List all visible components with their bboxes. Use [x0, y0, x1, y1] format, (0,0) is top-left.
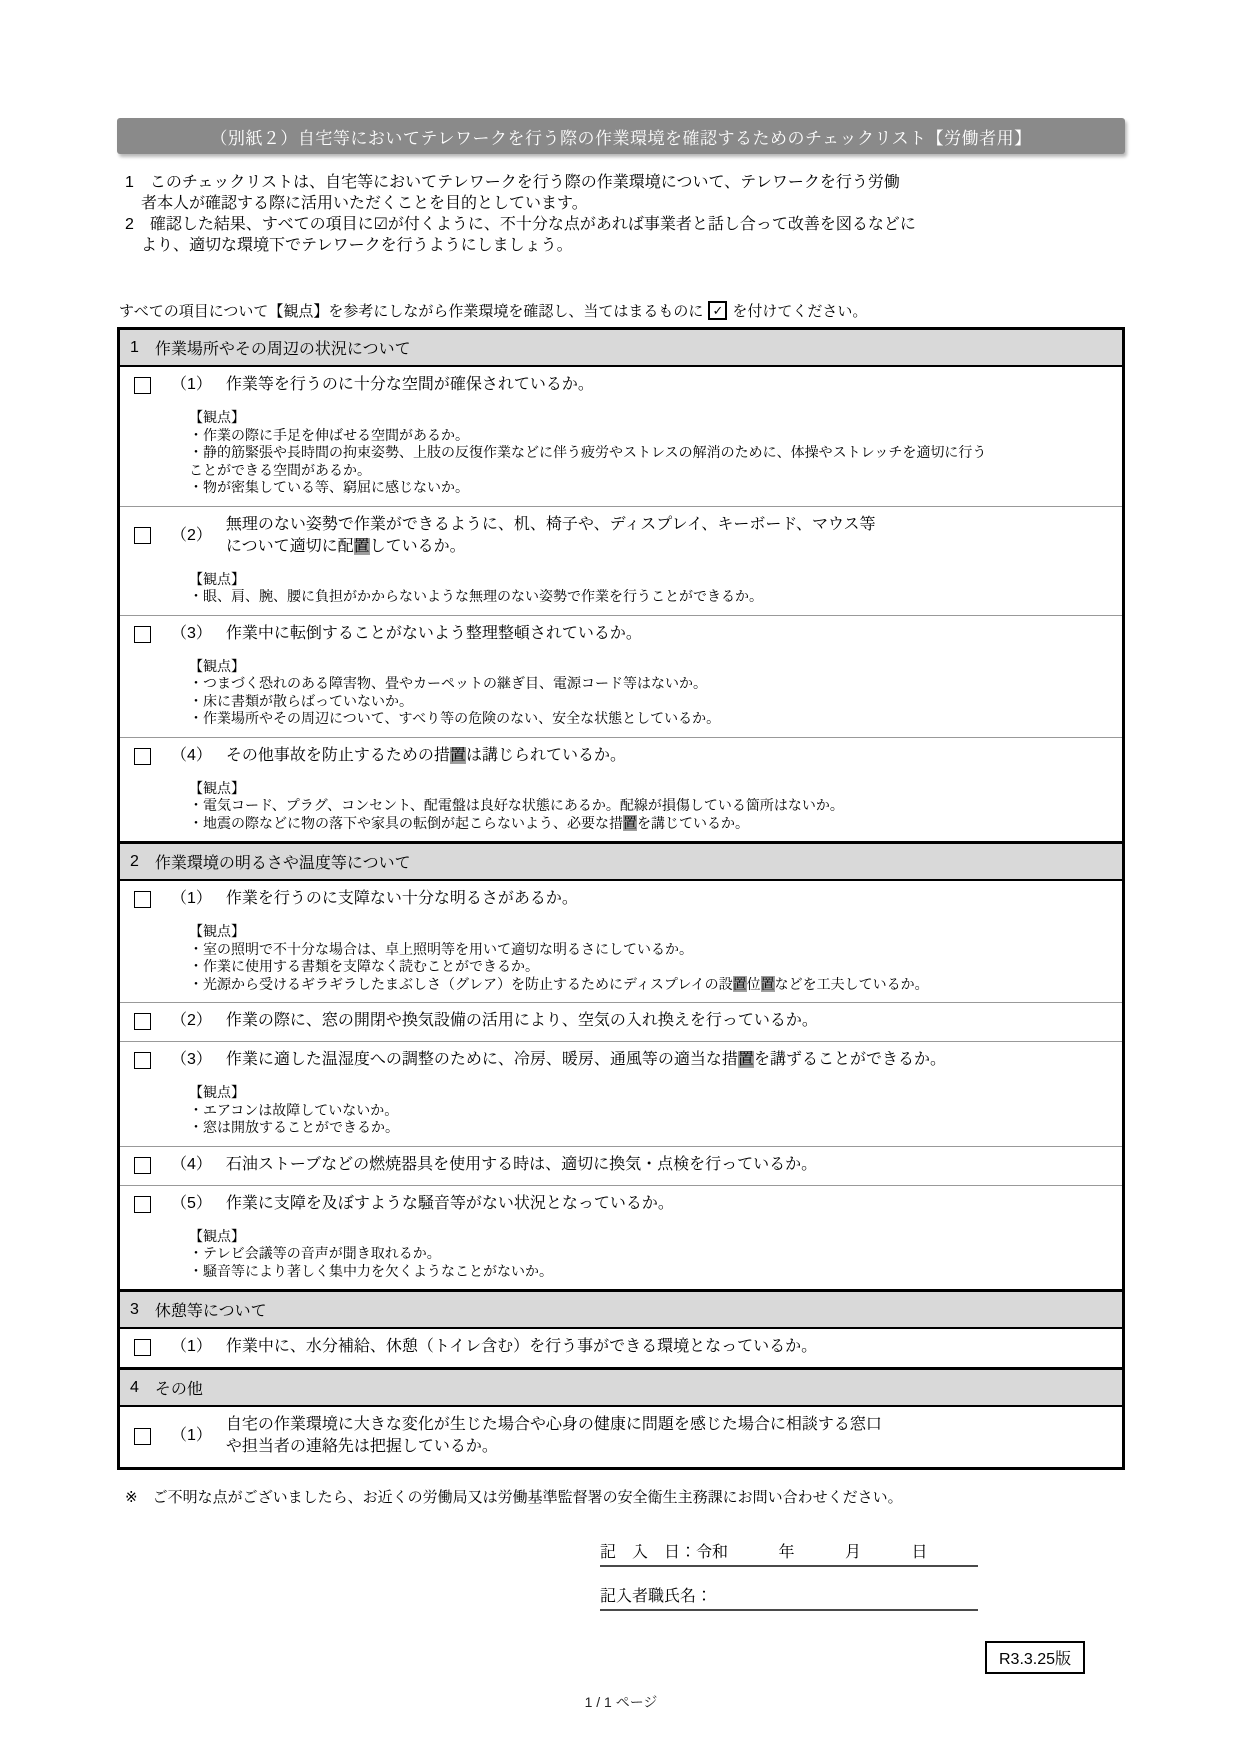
item-head: （5）作業に支障を及ぼすような騒音等がない状況となっているか。	[132, 1193, 1122, 1215]
checklist-item-row: （4）石油ストーブなどの燃焼器具を使用する時は、適切に換気・点検を行っているか。	[120, 1146, 1122, 1185]
intro-line: 1 このチェックリストは、自宅等においてテレワークを行う際の作業環境について、テ…	[125, 172, 1125, 193]
item-head: （2）作業の際に、窓の開閉や換気設備の活用により、空気の入れ換えを行っているか。	[132, 1010, 1122, 1032]
viewpoints-label: 【観点】	[189, 1228, 1122, 1246]
viewpoints-block: 【観点】・エアコンは故障していないか。・窓は開放することができるか。	[189, 1084, 1122, 1137]
viewpoints-block: 【観点】・室の照明で不十分な場合は、卓上照明等を用いて適切な明るさにしているか。…	[189, 923, 1122, 993]
section-number: 4	[130, 1379, 139, 1397]
item-number-label: （1）	[171, 374, 212, 396]
viewpoints-label: 【観点】	[189, 923, 1122, 941]
intro-line: 者本人が確認する際に活用いただくことを目的としています。	[125, 193, 1125, 214]
viewpoint-item: ・床に書類が散らばっていないか。	[189, 693, 1122, 711]
viewpoint-item: ・エアコンは故障していないか。	[189, 1102, 1122, 1120]
item-checkbox[interactable]	[134, 1013, 151, 1030]
item-head: （1）作業中に、水分補給、休憩（トイレ含む）を行う事ができる環境となっているか。	[132, 1336, 1122, 1358]
viewpoint-item: ・つまづく恐れのある障害物、畳やカーペットの継ぎ目、電源コード等はないか。	[189, 675, 1122, 693]
item-checkbox[interactable]	[134, 1339, 151, 1356]
item-number-label: （3）	[171, 1049, 212, 1071]
item-number-label: （4）	[171, 745, 212, 767]
document-page: { "banner": { "title": "（別紙２）自宅等においてテレワー…	[0, 0, 1241, 1755]
checked-checkbox-icon: ✓	[708, 301, 727, 320]
footer-note: ※ ご不明な点がございましたら、お近くの労働局又は労働基準監督署の安全衛生主務課…	[125, 1486, 1125, 1507]
item-question-text: 作業に適した温湿度への調整のために、冷房、暖房、通風等の適当な措置を講ずることが…	[226, 1049, 946, 1071]
item-question-text: 自宅の作業環境に大きな変化が生じた場合や心身の健康に問題を感じた場合に相談する窓…	[226, 1414, 882, 1458]
item-question-text: 作業に支障を及ぼすような騒音等がない状況となっているか。	[226, 1193, 674, 1215]
item-head: （1）作業を行うのに支障ない十分な明るさがあるか。	[132, 888, 1122, 910]
item-head: （3）作業に適した温湿度への調整のために、冷房、暖房、通風等の適当な措置を講ずる…	[132, 1049, 1122, 1071]
title-banner: （別紙２）自宅等においてテレワークを行う際の作業環境を確認するためのチェックリス…	[117, 118, 1125, 154]
item-checkbox[interactable]	[134, 1428, 151, 1445]
item-question-text: 無理のない姿勢で作業ができるように、机、椅子や、ディスプレイ、キーボード、マウス…	[226, 514, 876, 558]
viewpoint-item: ・電気コード、プラグ、コンセント、配電盤は良好な状態にあるか。配線が損傷している…	[189, 797, 1122, 815]
viewpoint-item: ・地震の際などに物の落下や家具の転倒が起こらないよう、必要な措置を講じているか。	[189, 815, 1122, 833]
intro-line: より、適切な環境下でテレワークを行うようにしましょう。	[125, 235, 1125, 256]
checklist-item-row: （3）作業中に転倒することがないよう整理整頓されているか。【観点】・つまづく恐れ…	[120, 615, 1122, 737]
intro-line: 2 確認した結果、すべての項目に☑が付くように、不十分な点があれば事業者と話し合…	[125, 214, 1125, 235]
viewpoints-block: 【観点】・眼、肩、腕、腰に負担がかからないような無理のない姿勢で作業を行うことが…	[189, 571, 1122, 606]
item-number-label: （1）	[171, 888, 212, 910]
viewpoint-item: ・物が密集している等、窮屈に感じないか。	[189, 479, 1122, 497]
viewpoint-item: ・作業に使用する書類を支障なく読むことができるか。	[189, 958, 1122, 976]
item-checkbox[interactable]	[134, 1052, 151, 1069]
viewpoint-item: ・眼、肩、腕、腰に負担がかからないような無理のない姿勢で作業を行うことができるか…	[189, 588, 1122, 606]
checklist-item-row: （2）無理のない姿勢で作業ができるように、机、椅子や、ディスプレイ、キーボード、…	[120, 506, 1122, 615]
viewpoints-block: 【観点】・つまづく恐れのある障害物、畳やカーペットの継ぎ目、電源コード等はないか…	[189, 658, 1122, 728]
item-number-label: （1）	[171, 1425, 212, 1447]
entered-by-label: 記入者職氏名：	[600, 1583, 712, 1606]
item-head: （2）無理のない姿勢で作業ができるように、机、椅子や、ディスプレイ、キーボード、…	[132, 514, 1122, 558]
section-header-4: 4その他	[120, 1367, 1122, 1407]
checklist-item-row: （4）その他事故を防止するための措置は講じられているか。【観点】・電気コード、プ…	[120, 737, 1122, 842]
item-question-text: 作業中に転倒することがないよう整理整頓されているか。	[226, 623, 642, 645]
item-question-text: 作業の際に、窓の開閉や換気設備の活用により、空気の入れ換えを行っているか。	[226, 1010, 818, 1032]
item-number-label: （3）	[171, 623, 212, 645]
entry-date-label: 記 入 日：令和	[600, 1539, 728, 1562]
viewpoints-label: 【観点】	[189, 658, 1122, 676]
check-mark: ✓	[712, 304, 723, 317]
item-question-text: 作業中に、水分補給、休憩（トイレ含む）を行う事ができる環境となっているか。	[226, 1336, 817, 1358]
viewpoint-item: ・作業の際に手足を伸ばせる空間があるか。	[189, 427, 1122, 445]
section-number: 1	[130, 339, 139, 357]
instruction-post-text: を付けてください。	[732, 300, 867, 321]
section-title: 休憩等について	[155, 1298, 267, 1321]
date-unit-month: 月	[845, 1539, 861, 1562]
item-checkbox[interactable]	[134, 748, 151, 765]
checklist-item-row: （1）作業を行うのに支障ない十分な明るさがあるか。【観点】・室の照明で不十分な場…	[120, 881, 1122, 1002]
viewpoints-block: 【観点】・作業の際に手足を伸ばせる空間があるか。・静的筋緊張や長時間の拘束姿勢、…	[189, 409, 1122, 497]
viewpoints-label: 【観点】	[189, 780, 1122, 798]
section-title: 作業環境の明るさや温度等について	[155, 850, 411, 873]
section-number: 2	[130, 853, 139, 871]
item-number-label: （5）	[171, 1193, 212, 1215]
viewpoints-label: 【観点】	[189, 1084, 1122, 1102]
date-unit-year: 年	[779, 1539, 795, 1562]
section-header-2: 2作業環境の明るさや温度等について	[120, 841, 1122, 881]
section-header-1: 1作業場所やその周辺の状況について	[120, 330, 1122, 367]
item-question-text: 作業を行うのに支障ない十分な明るさがあるか。	[226, 888, 578, 910]
item-head: （4）その他事故を防止するための措置は講じられているか。	[132, 745, 1122, 767]
item-question-text: 石油ストーブなどの燃焼器具を使用する時は、適切に換気・点検を行っているか。	[226, 1154, 817, 1176]
entry-date-field: 記 入 日：令和 年 月 日	[600, 1539, 978, 1567]
item-checkbox[interactable]	[134, 891, 151, 908]
viewpoints-block: 【観点】・テレビ会議等の音声が聞き取れるか。・騒音等により著しく集中力を欠くよう…	[189, 1228, 1122, 1281]
item-number-label: （4）	[171, 1154, 212, 1176]
viewpoints-label: 【観点】	[189, 409, 1122, 427]
checklist-item-row: （3）作業に適した温湿度への調整のために、冷房、暖房、通風等の適当な措置を講ずる…	[120, 1041, 1122, 1146]
section-title: その他	[155, 1376, 203, 1399]
checklist-item-row: （1）作業等を行うのに十分な空間が確保されているか。【観点】・作業の際に手足を伸…	[120, 367, 1122, 506]
checklist-item-row: （1）自宅の作業環境に大きな変化が生じた場合や心身の健康に問題を感じた場合に相談…	[120, 1407, 1122, 1467]
section-title: 作業場所やその周辺の状況について	[155, 336, 411, 359]
viewpoints-block: 【観点】・電気コード、プラグ、コンセント、配電盤は良好な状態にあるか。配線が損傷…	[189, 780, 1122, 833]
viewpoint-item: ・静的筋緊張や長時間の拘束姿勢、上肢の反復作業などに伴う疲労やストレスの解消のた…	[189, 444, 1122, 479]
document-title: （別紙２）自宅等においてテレワークを行う際の作業環境を確認するためのチェックリス…	[210, 124, 1031, 149]
item-checkbox[interactable]	[134, 1157, 151, 1174]
item-number-label: （1）	[171, 1336, 212, 1358]
date-unit-day: 日	[912, 1539, 928, 1562]
checklist-table: 1作業場所やその周辺の状況について（1）作業等を行うのに十分な空間が確保されてい…	[117, 327, 1125, 1470]
item-head: （3）作業中に転倒することがないよう整理整頓されているか。	[132, 623, 1122, 645]
version-badge: R3.3.25版	[985, 1641, 1085, 1674]
viewpoint-item: ・光源から受けるギラギラしたまぶしさ（グレア）を防止するためにディスプレイの設置…	[189, 976, 1122, 994]
entered-by-name-field: 記入者職氏名：	[600, 1583, 978, 1611]
item-checkbox[interactable]	[134, 1196, 151, 1213]
item-head: （4）石油ストーブなどの燃焼器具を使用する時は、適切に換気・点検を行っているか。	[132, 1154, 1122, 1176]
item-question-text: その他事故を防止するための措置は講じられているか。	[226, 745, 626, 767]
item-head: （1）作業等を行うのに十分な空間が確保されているか。	[132, 374, 1122, 396]
section-header-3: 3休憩等について	[120, 1289, 1122, 1329]
checklist-item-row: （2）作業の際に、窓の開閉や換気設備の活用により、空気の入れ換えを行っているか。	[120, 1002, 1122, 1041]
page-content: （別紙２）自宅等においてテレワークを行う際の作業環境を確認するためのチェックリス…	[117, 0, 1125, 1674]
instruction-line: すべての項目について【観点】を参考にしながら作業環境を確認し、当てはまるものに …	[119, 300, 1125, 321]
section-number: 3	[130, 1301, 139, 1319]
checklist-item-row: （5）作業に支障を及ぼすような騒音等がない状況となっているか。【観点】・テレビ会…	[120, 1185, 1122, 1290]
item-number-label: （2）	[171, 525, 212, 547]
item-checkbox[interactable]	[134, 626, 151, 643]
viewpoint-item: ・騒音等により著しく集中力を欠くようなことがないか。	[189, 1263, 1122, 1281]
item-number-label: （2）	[171, 1010, 212, 1032]
viewpoint-item: ・窓は開放することができるか。	[189, 1119, 1122, 1137]
viewpoint-item: ・室の照明で不十分な場合は、卓上照明等を用いて適切な明るさにしているか。	[189, 941, 1122, 959]
viewpoints-label: 【観点】	[189, 571, 1122, 589]
item-checkbox[interactable]	[134, 527, 151, 544]
item-question-text: 作業等を行うのに十分な空間が確保されているか。	[226, 374, 594, 396]
intro-paragraph: 1 このチェックリストは、自宅等においてテレワークを行う際の作業環境について、テ…	[125, 172, 1125, 256]
item-checkbox[interactable]	[134, 377, 151, 394]
instruction-pre-text: すべての項目について【観点】を参考にしながら作業環境を確認し、当てはまるものに	[119, 300, 703, 321]
checklist-item-row: （1）作業中に、水分補給、休憩（トイレ含む）を行う事ができる環境となっているか。	[120, 1329, 1122, 1367]
viewpoint-item: ・テレビ会議等の音声が聞き取れるか。	[189, 1245, 1122, 1263]
viewpoint-item: ・作業場所やその周辺について、すべり等の危険のない、安全な状態としているか。	[189, 710, 1122, 728]
page-number: 1 / 1 ページ	[117, 1692, 1125, 1712]
item-head: （1）自宅の作業環境に大きな変化が生じた場合や心身の健康に問題を感じた場合に相談…	[132, 1414, 1122, 1458]
